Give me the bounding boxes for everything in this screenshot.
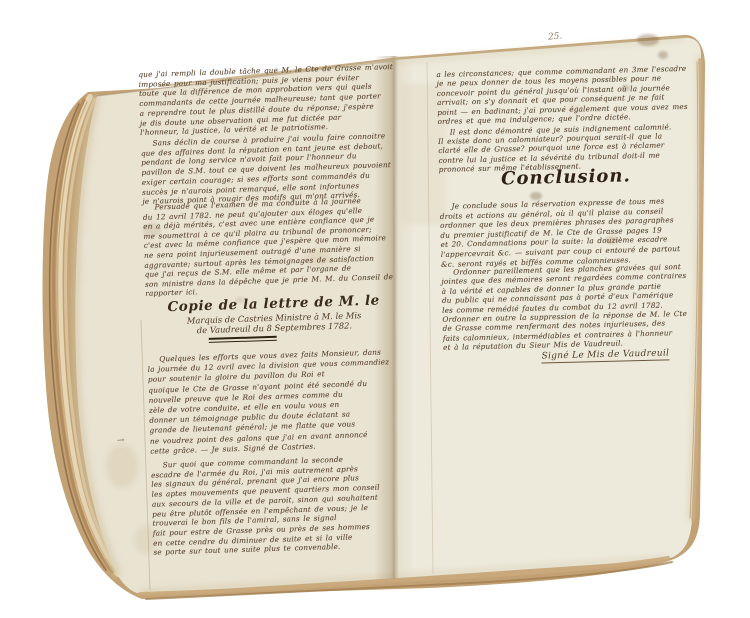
heading-underline <box>209 336 277 343</box>
left-paragraph-4: Quelques les efforts que vous avez faits… <box>147 347 406 457</box>
conclusion-paragraph-2: Ordonner pareillement que les planches g… <box>441 262 697 353</box>
page-number: 25. <box>548 31 563 42</box>
right-page-text: a les circonstances; que comme commandan… <box>436 52 698 388</box>
margin-arrow-icon: → <box>117 436 125 447</box>
conclusion-paragraph-1: Je conclude sous la réservation expresse… <box>440 196 696 269</box>
manuscript-book-photo: que j'ai rempli la double tâche que M. l… <box>0 0 750 618</box>
left-paragraph-3: Persuadé que l'examen de ma conduite à l… <box>142 195 401 299</box>
letter-copy-heading: Copie de la lettre de M. le Marquis de C… <box>145 292 402 345</box>
right-paragraph-1: a les circonstances; que comme commandan… <box>436 64 691 127</box>
signature-text: Signé Le Mis de Vaudreuil <box>541 348 669 363</box>
left-paragraph-5: Sur quoi que comme commandant la seconde… <box>151 453 410 558</box>
left-page-text: que j'ai rempli la double tâche que M. l… <box>138 54 410 567</box>
left-paragraph-1: que j'ai rempli la double tâche que M. l… <box>138 62 396 138</box>
